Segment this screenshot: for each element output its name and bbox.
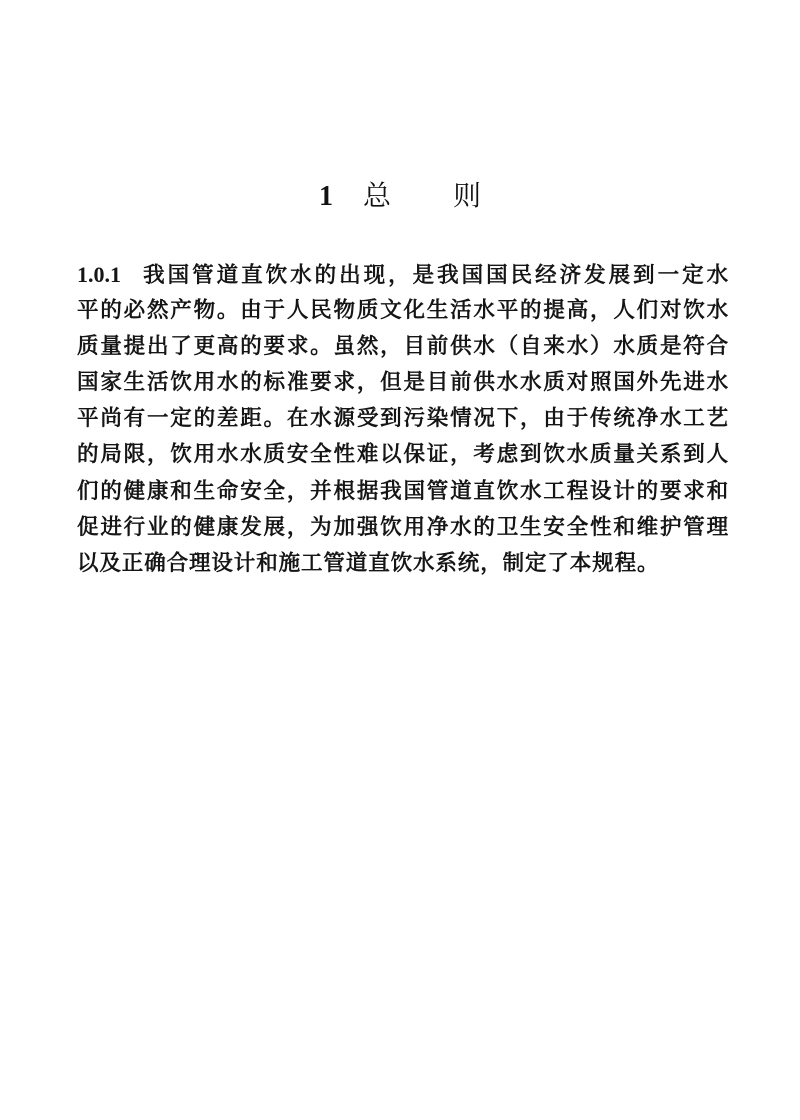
chapter-number: 1: [319, 181, 333, 212]
paragraph-line: 们的健康和生命安全，并根据我国管道直饮水工程设计的要求和: [77, 474, 729, 510]
section-paragraph: 1.0.1我国管道直饮水的出现，是我国国民经济发展到一定水 平的必然产物。由于人…: [77, 257, 729, 582]
paragraph-line: 以及正确合理设计和施工管道直饮水系统，制定了本规程。: [77, 546, 729, 582]
paragraph-line: 促进行业的健康发展，为加强饮用净水的卫生安全性和维护管理: [77, 510, 729, 546]
paragraph-line: 的局限，饮用水水质安全性难以保证，考虑到饮水质量关系到人: [77, 437, 729, 473]
paragraph-line: 1.0.1我国管道直饮水的出现，是我国国民经济发展到一定水: [77, 257, 729, 293]
paragraph-line: 国家生活饮用水的标准要求，但是目前供水水质对照国外先进水: [77, 365, 729, 401]
chapter-title-char-1: 总: [363, 179, 391, 212]
line-text: 我国管道直饮水的出现，是我国国民经济发展到一定水: [141, 263, 729, 288]
chapter-heading: 1总则: [0, 176, 800, 217]
paragraph-line: 平的必然产物。由于人民物质文化生活水平的提高，人们对饮水: [77, 293, 729, 329]
paragraph-line: 质量提出了更高的要求。虽然，目前供水（自来水）水质是符合: [77, 329, 729, 365]
paragraph-line: 平尚有一定的差距。在水源受到污染情况下，由于传统净水工艺: [77, 401, 729, 437]
chapter-title-char-2: 则: [453, 179, 481, 212]
section-number: 1.0.1: [77, 262, 121, 287]
